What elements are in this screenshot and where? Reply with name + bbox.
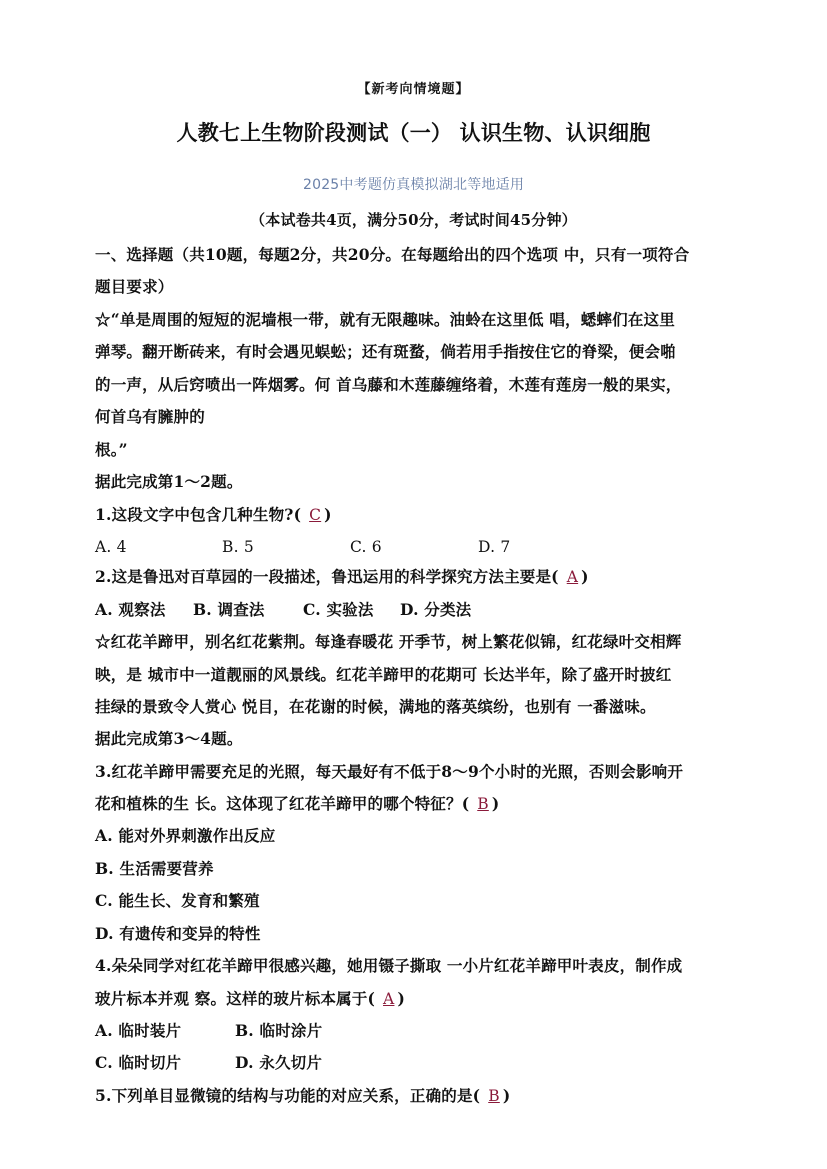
passage2-line: 挂绿的景致令人赏心 悦目，在花谢的时候，满地的落英缤纷，也别有 一番滋味。 (95, 697, 656, 717)
passage2-instruction: 据此完成第3～4题。 (95, 729, 243, 749)
question-4-line1: 4.朵朵同学对红花羊蹄甲很感兴趣，她用镊子撕取 一小片红花羊蹄甲叶表皮，制作成 (95, 956, 682, 976)
question-1: 1.这段文字中包含几种生物?(C) (95, 505, 332, 525)
question-close: ) (581, 567, 589, 586)
answer-mark: A (559, 568, 581, 586)
answer-mark: B (480, 1087, 503, 1105)
question-2: 2.这是鲁迅对百草园的一段描述，鲁迅运用的科学探究方法主要是(A) (95, 567, 589, 587)
option-b: B. 临时涂片 (235, 1021, 322, 1041)
exam-page: 【新考向情境题】 人教七上生物阶段测试（一） 认识生物、认识细胞 2025中考题… (0, 0, 827, 1169)
passage2-line: ☆红花羊蹄甲，别名红花紫荆。每逢春暖花 开季节，树上繁花似锦，红花绿叶交相辉 (95, 632, 682, 652)
question-5: 5.下列单目显微镜的结构与功能的对应关系，正确的是(B) (95, 1086, 510, 1106)
passage1-line: ☆“单是周围的短短的泥墙根一带，就有无限趣味。油蛉在这里低 唱，蟋蟀们在这里 (95, 310, 675, 330)
question-close: ) (503, 1086, 511, 1105)
option-c: C. 临时切片 (95, 1053, 181, 1073)
option-b: B. 生活需要营养 (95, 859, 214, 879)
question-stem: 2.这是鲁迅对百草园的一段描述，鲁迅运用的科学探究方法主要是( (95, 567, 559, 586)
page-subtitle: 2025中考题仿真模拟湖北等地适用 (0, 175, 827, 195)
section-heading-line1: 一、选择题（共10题，每题2分，共20分。在每题给出的四个选项 中，只有一项符合 (95, 245, 689, 265)
option-d: D. 7 (478, 537, 510, 557)
option-d: D. 分类法 (400, 600, 471, 620)
answer-mark: B (469, 795, 492, 813)
question-stem: 1.这段文字中包含几种生物?( (95, 505, 301, 524)
question-stem: 玻片标本并观 察。这样的玻片标本属于( (95, 989, 375, 1008)
exam-meta: （本试卷共4页，满分50分，考试时间45分钟） (0, 210, 827, 230)
option-b: B. 调查法 (193, 600, 265, 620)
option-c: C. 6 (350, 537, 382, 557)
question-close: ) (324, 505, 332, 524)
question-2-options: A. 观察法 B. 调查法 C. 实验法 D. 分类法 (95, 600, 745, 620)
question-stem: 花和植株的生 长。这体现了红花羊蹄甲的哪个特征？( (95, 794, 469, 813)
question-close: ) (397, 989, 405, 1008)
passage1-instruction: 据此完成第1～2题。 (95, 472, 243, 492)
passage1-line: 何首乌有臃肿的 (95, 407, 205, 427)
option-a: A. 4 (95, 537, 127, 557)
passage1-line: 弹琴。翻开断砖来，有时会遇见蜈蚣；还有斑蝥，倘若用手指按住它的脊梁，便会啪 (95, 342, 676, 362)
passage1-line: 的一声，从后窍喷出一阵烟雾。何 首乌藤和木莲藤缠络着，木莲有莲房一般的果实， (95, 375, 682, 395)
section-heading-line2: 题目要求） (95, 277, 174, 297)
passage1-line: 根。” (95, 440, 128, 460)
question-close: ) (492, 794, 500, 813)
answer-mark: C (301, 506, 324, 524)
option-d: D. 有遗传和变异的特性 (95, 924, 261, 944)
question-4-options-row1: A. 临时装片 B. 临时涂片 (95, 1021, 745, 1041)
question-1-options: A. 4 B. 5 C. 6 D. 7 (95, 537, 745, 557)
question-3-line2: 花和植株的生 长。这体现了红花羊蹄甲的哪个特征？(B) (95, 794, 499, 814)
passage2-line: 映，是 城市中一道靓丽的风景线。红花羊蹄甲的花期可 长达半年，除了盛开时披红 (95, 665, 671, 685)
option-a: A. 能对外界刺激作出反应 (95, 826, 275, 846)
question-3-line1: 3.红花羊蹄甲需要充足的光照，每天最好有不低于8～9个小时的光照，否则会影响开 (95, 762, 683, 782)
option-c: C. 实验法 (303, 600, 374, 620)
question-stem: 5.下列单目显微镜的结构与功能的对应关系，正确的是( (95, 1086, 480, 1105)
answer-mark: A (375, 990, 397, 1008)
page-title: 人教七上生物阶段测试（一） 认识生物、认识细胞 (0, 120, 827, 146)
option-b: B. 5 (222, 537, 254, 557)
option-a: A. 观察法 (95, 600, 166, 620)
question-4-line2: 玻片标本并观 察。这样的玻片标本属于(A) (95, 989, 405, 1009)
option-d: D. 永久切片 (235, 1053, 322, 1073)
exam-tag: 【新考向情境题】 (0, 80, 827, 100)
option-a: A. 临时装片 (95, 1021, 181, 1041)
question-4-options-row2: C. 临时切片 D. 永久切片 (95, 1053, 745, 1073)
option-c: C. 能生长、发育和繁殖 (95, 891, 260, 911)
